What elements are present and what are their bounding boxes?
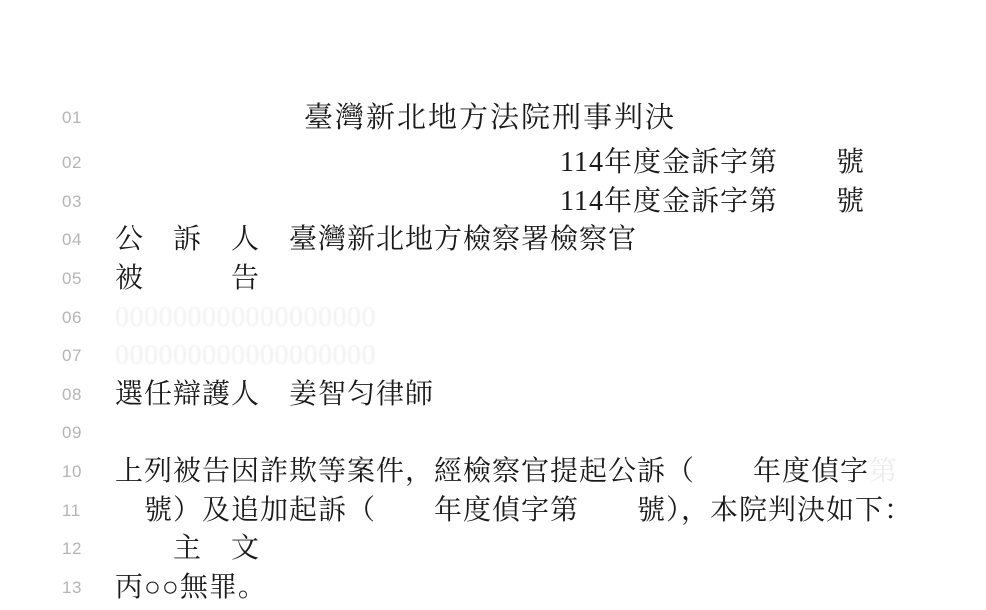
- redacted-line: 000000000000000000: [115, 304, 865, 332]
- line-number: 11: [62, 501, 81, 521]
- case-summary-line: 上列被告因詐欺等案件，經檢察官提起公訴（ 年度偵字第: [115, 458, 865, 486]
- line-number: 07: [62, 346, 82, 366]
- document-row: 07 000000000000000000: [0, 337, 986, 376]
- line-number: 09: [62, 423, 82, 443]
- line-number: 05: [62, 269, 82, 289]
- document-row: 10 上列被告因詐欺等案件，經檢察官提起公訴（ 年度偵字第: [0, 453, 986, 492]
- judgment-document-page: 01 臺灣新北地方法院刑事判決 02 114年度金訴字第 號 03 114年度金…: [0, 0, 986, 610]
- document-row: 04 公 訴 人 臺灣新北地方檢察署檢察官: [0, 221, 986, 260]
- line-number: 06: [62, 308, 82, 328]
- case-summary-line: 號）及追加起訴（ 年度偵字第 號），本院判決如下：: [115, 497, 865, 525]
- document-row: 02 114年度金訴字第 號: [0, 144, 986, 183]
- document-row: 09: [0, 414, 986, 453]
- defense-counsel-line: 選任辯護人 姜智匀律師: [115, 381, 865, 409]
- document-row: 01 臺灣新北地方法院刑事判決: [0, 98, 986, 138]
- document-title: 臺灣新北地方法院刑事判決: [115, 104, 865, 133]
- case-number-line: 114年度金訴字第 號: [115, 188, 865, 216]
- document-row: 03 114年度金訴字第 號: [0, 183, 986, 222]
- line-number: 13: [62, 578, 82, 598]
- document-row: 11 號）及追加起訴（ 年度偵字第 號），本院判決如下：: [0, 491, 986, 530]
- document-row: 05 被 告: [0, 260, 986, 299]
- main-text-heading: 主 文: [115, 535, 865, 563]
- line-number: 02: [62, 153, 82, 173]
- case-summary-text: 上列被告因詐欺等案件，經檢察官提起公訴（ 年度偵字: [115, 456, 869, 487]
- document-row: 08 選任辯護人 姜智匀律師: [0, 376, 986, 415]
- redacted-line: 000000000000000000: [115, 342, 865, 370]
- redacted-char: 第: [869, 456, 898, 487]
- line-number: 03: [62, 192, 82, 212]
- line-number: 12: [62, 539, 82, 559]
- defendant-label-line: 被 告: [115, 265, 865, 293]
- document-row: 12 主 文: [0, 530, 986, 569]
- prosecutor-line: 公 訴 人 臺灣新北地方檢察署檢察官: [115, 226, 865, 254]
- document-body: 01 臺灣新北地方法院刑事判決 02 114年度金訴字第 號 03 114年度金…: [0, 0, 986, 607]
- verdict-line: 丙○○無罪。: [115, 574, 865, 602]
- line-number: 08: [62, 385, 82, 405]
- document-row: 06 000000000000000000: [0, 298, 986, 337]
- case-number-line: 114年度金訴字第 號: [115, 149, 865, 177]
- document-row: 13 丙○○無罪。: [0, 569, 986, 608]
- line-number: 10: [62, 462, 82, 482]
- line-number: 04: [62, 230, 82, 250]
- line-number: 01: [62, 108, 82, 128]
